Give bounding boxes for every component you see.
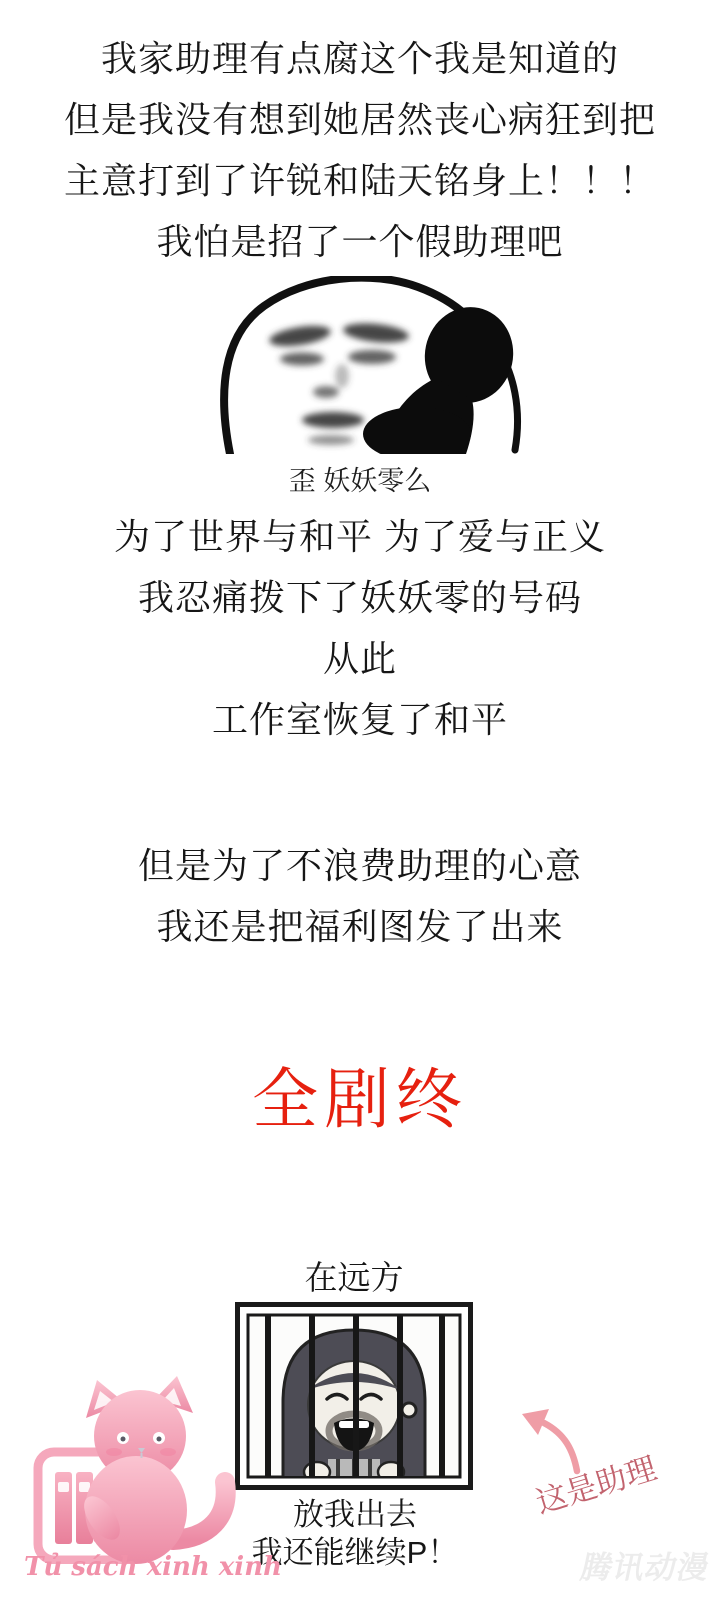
bonus-line-1: 但是为了不浪费助理的心意	[0, 835, 720, 896]
phone-meme-caption: 歪 妖妖零么	[0, 459, 720, 498]
intro-line-1: 我家助理有点腐这个我是知道的	[0, 28, 720, 89]
bonus-text-block: 但是为了不浪费助理的心意 我还是把福利图发了出来	[0, 835, 720, 957]
panda-head-phone-meme-icon	[214, 276, 526, 454]
girl-behind-bars-meme-icon	[235, 1302, 473, 1490]
intro-line-3: 主意打到了许锐和陆天铭身上！！！	[0, 150, 720, 211]
story-line-1: 为了世界与和平 为了爱与正义	[0, 506, 720, 567]
story-line-3: 从此	[0, 628, 720, 689]
intro-line-2: 但是我没有想到她居然丧心病狂到把	[0, 89, 720, 150]
jail-scene-title: 在远方	[235, 1252, 473, 1299]
comic-afterword-page: 我家助理有点腐这个我是知道的 但是我没有想到她居然丧心病狂到把 主意打到了许锐和…	[0, 0, 720, 1597]
jail-plea-line-1: 放我出去	[205, 1496, 505, 1534]
intro-line-4: 我怕是招了一个假助理吧	[0, 211, 720, 272]
intro-text-block: 我家助理有点腐这个我是知道的 但是我没有想到她居然丧心病狂到把 主意打到了许锐和…	[0, 28, 720, 272]
story-line-4: 工作室恢复了和平	[0, 689, 720, 750]
pink-cat-mascot-icon	[28, 1372, 240, 1564]
translator-group-label: Tủ sách xinh xinh	[24, 1552, 214, 1582]
tencent-comics-watermark: 腾讯动漫	[577, 1542, 715, 1587]
the-end-title: 全剧终	[0, 1046, 720, 1141]
story-line-2: 我忍痛拨下了妖妖零的号码	[0, 567, 720, 628]
story-text-block: 为了世界与和平 为了爱与正义 我忍痛拨下了妖妖零的号码 从此 工作室恢复了和平	[0, 506, 720, 750]
bonus-line-2: 我还是把福利图发了出来	[0, 896, 720, 957]
